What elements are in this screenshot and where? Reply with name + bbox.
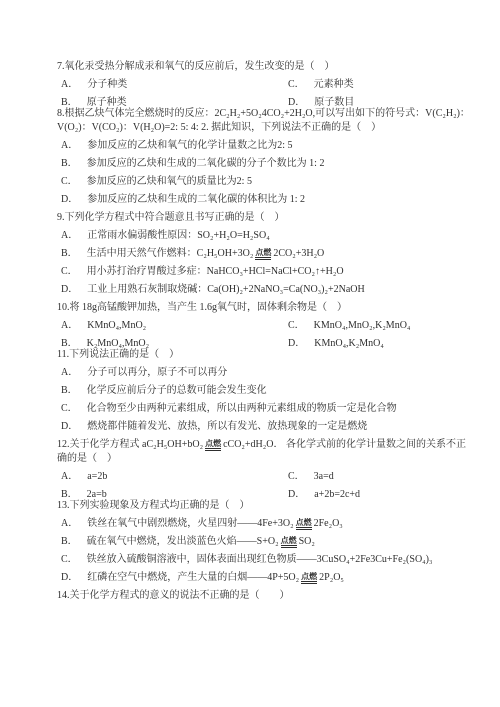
q12-stem-ignition-condition: 点燃	[205, 440, 221, 451]
q13-option-a-label: A．	[61, 518, 78, 529]
q10-stem: 10.将 18g高锰酸钾加热，当产生 1.6g氧气时，固体剩余物是（ ）	[57, 301, 475, 315]
q11-option-b: B．化学反应前后分子的总数可能会发生变化	[57, 384, 475, 398]
q11-option-d-label: D．	[61, 421, 78, 432]
q10-option-c-label: C．	[288, 320, 305, 331]
q9-option-d-text: 工业上用熟石灰制取烧碱：Ca(OH)₂+2NaNO₃=Ca(NO₃)₂+2NaO…	[87, 284, 365, 295]
q11-option-b-text: 化学反应前后分子的总数可能会发生变化	[87, 385, 267, 396]
q11-option-d: D．燃烧都伴随着发光、放热，所以有发光、放热现象的一定是燃烧	[57, 420, 475, 434]
question-14: 14.关于化学方程式的意义的说法不正确的是（ ）	[57, 589, 475, 603]
q11-option-a-text: 分子可以再分，原子不可以再分	[87, 367, 227, 378]
q12-option-c-text: 3a=d	[314, 471, 334, 482]
question-7: 7.氧化汞受热分解成汞和氧气的反应前后，发生改变的是（ ） A．分子种类 C．元…	[57, 60, 475, 110]
q11-option-b-label: B．	[61, 385, 78, 396]
q9-option-a: A．正常雨水偏弱酸性原因：SO₂+H₂O=H₂SO₄	[57, 229, 475, 243]
q10-option-d-text: KMnO₄,K₂MnO₄	[314, 338, 384, 349]
q13-option-d: D．红磷在空气中燃烧，产生大量的白烟——4P+5O₂点燃2P₂O₅	[57, 571, 475, 585]
q9-option-c-text: 用小苏打治疗胃酸过多症：NaHCO₃+HCl=NaCl+CO₂↑+H₂O	[87, 266, 344, 277]
q12-option-a: A．a=2b	[57, 470, 284, 484]
q13-option-d-ignition-condition: 点燃	[301, 573, 317, 584]
q9-stem: 9.下列化学方程式中符合题意且书写正确的是（ ）	[57, 211, 475, 225]
q10-option-a-text: KMnO₄,MnO₂	[87, 320, 146, 331]
exam-document: 7.氧化汞受热分解成汞和氧气的反应前后，发生改变的是（ ） A．分子种类 C．元…	[0, 0, 500, 603]
q12-option-d-label: D．	[288, 489, 305, 500]
q7-stem: 7.氧化汞受热分解成汞和氧气的反应前后，发生改变的是（ ）	[57, 60, 475, 74]
q13-option-c-label: C．	[61, 554, 78, 565]
question-9: 9.下列化学方程式中符合题意且书写正确的是（ ） A．正常雨水偏弱酸性原因：SO…	[57, 211, 475, 297]
q8-option-a-text: 参加反应的乙炔和氧气的化学计量数之比为2: 5	[87, 140, 292, 151]
q13-option-c-text: 铁丝放入硫酸铜溶液中，固体表面出现红色物质——3CuSO₄+2Fe3Cu+Fe₂…	[87, 554, 433, 565]
q9-option-b-formula-post: 2CO₂+3H₂O	[273, 248, 324, 259]
question-8: 8.根据乙炔气体完全燃烧时的反应：2C₂H₂+5O₂4CO₂+2H₂O,可以写出…	[57, 107, 475, 207]
q11-option-a: A．分子可以再分，原子不可以再分	[57, 366, 475, 380]
q9-option-a-label: A．	[61, 230, 78, 241]
q13-option-c: C．铁丝放入硫酸铜溶液中，固体表面出现红色物质——3CuSO₄+2Fe3Cu+F…	[57, 553, 475, 567]
q8-option-b: B．参加反应的乙炔和生成的二氧化碳的分子个数比为 1: 2	[57, 157, 475, 171]
q11-option-a-label: A．	[61, 367, 78, 378]
q7-option-c: C．元素种类	[284, 78, 475, 92]
question-12: 12.关于化学方程式 aC₂H₅OH+bO₂点燃cCO₂+dH₂O． 各化学式前…	[57, 438, 475, 502]
q12-options-row-1: A．a=2b C．3a=d	[57, 470, 475, 484]
q14-stem: 14.关于化学方程式的意义的说法不正确的是（ ）	[57, 589, 475, 603]
q8-option-d: D．参加反应的乙炔和生成的二氧化碳的体积比为 1: 2	[57, 193, 475, 207]
q7-option-a-text: 分子种类	[87, 79, 127, 90]
q8-option-d-text: 参加反应的乙炔和生成的二氧化碳的体积比为 1: 2	[87, 194, 305, 205]
q8-stem: 8.根据乙炔气体完全燃烧时的反应：2C₂H₂+5O₂4CO₂+2H₂O,可以写出…	[57, 107, 475, 135]
q11-option-d-text: 燃烧都伴随着发光、放热，所以有发光、放热现象的一定是燃烧	[87, 421, 367, 432]
q8-option-c-text: 参加反应的乙炔和氧气的质量比为2: 5	[87, 176, 252, 187]
q11-option-c-text: 化合物至少由两种元素组成，所以由两种元素组成的物质一定是化合物	[87, 403, 397, 414]
q12-stem-formula-pre: 12.关于化学方程式 aC₂H₅OH+bO₂	[57, 439, 203, 450]
q13-option-d-formula-post: 2P₂O₅	[319, 572, 344, 583]
q13-option-b-label: B．	[61, 536, 78, 547]
q10-option-a: A．KMnO₄,MnO₂	[57, 319, 284, 333]
q10-option-d: D．KMnO₄,K₂MnO₄	[284, 337, 475, 351]
q13-option-b-ignition-condition: 点燃	[281, 537, 297, 548]
q7-options-row-1: A．分子种类 C．元素种类	[57, 78, 475, 92]
q12-option-a-text: a=2b	[87, 471, 107, 482]
q8-option-b-label: B．	[61, 158, 78, 169]
q7-option-c-text: 元素种类	[314, 79, 354, 90]
q12-option-a-label: A．	[61, 471, 78, 482]
q7-option-a: A．分子种类	[57, 78, 284, 92]
q11-option-c-label: C．	[61, 403, 78, 414]
q13-option-b-formula-pre: 硫在氧气中燃烧，发出淡蓝色火焰——S+O₂	[87, 536, 279, 547]
q8-option-b-text: 参加反应的乙炔和生成的二氧化碳的分子个数比为 1: 2	[87, 158, 325, 169]
q9-option-a-text: 正常雨水偏弱酸性原因：SO₂+H₂O=H₂SO₄	[87, 230, 269, 241]
q12-option-d-text: a+2b=2c+d	[314, 489, 360, 500]
q13-option-b-formula-post: SO₂	[299, 536, 315, 547]
q9-option-c: C．用小苏打治疗胃酸过多症：NaHCO₃+HCl=NaCl+CO₂↑+H₂O	[57, 265, 475, 279]
q8-option-a: A．参加反应的乙炔和氧气的化学计量数之比为2: 5	[57, 139, 475, 153]
q13-option-a-ignition-condition: 点燃	[296, 519, 312, 530]
q11-option-c: C．化合物至少由两种元素组成，所以由两种元素组成的物质一定是化合物	[57, 402, 475, 416]
q9-option-b-ignition-condition: 点燃	[255, 249, 271, 260]
q12-option-d: D．a+2b=2c+d	[284, 488, 475, 502]
q12-option-c-label: C．	[288, 471, 305, 482]
q10-option-a-label: A．	[61, 320, 78, 331]
q13-option-a: A．铁丝在氧气中剧烈燃烧，火星四射——4Fe+3O₂点燃2Fe₂O₃	[57, 517, 475, 531]
q9-option-b-label: B．	[61, 248, 78, 259]
q9-option-d: D．工业上用熟石灰制取烧碱：Ca(OH)₂+2NaNO₃=Ca(NO₃)₂+2N…	[57, 283, 475, 297]
q10-option-c: C．KMnO₄,MnO₂,K₂MnO₄	[284, 319, 475, 333]
q13-option-a-formula-post: 2Fe₂O₃	[314, 518, 343, 529]
q7-option-c-label: C．	[288, 79, 305, 90]
q8-option-c-label: C．	[61, 176, 78, 187]
q10-option-c-text: KMnO₄,MnO₂,K₂MnO₄	[314, 320, 411, 331]
q9-option-b: B．生活中用天然气作燃料：C₂H₅OH+3O₂点燃2CO₂+3H₂O	[57, 247, 475, 261]
q9-option-b-formula-pre: 生活中用天然气作燃料：C₂H₅OH+3O₂	[87, 248, 254, 259]
question-13: 13.下列实验现象及方程式均正确的是（ ） A．铁丝在氧气中剧烈燃烧，火星四射—…	[57, 499, 475, 585]
q13-option-d-formula-pre: 红磷在空气中燃烧，产生大量的白烟——4P+5O₂	[87, 572, 299, 583]
q13-option-d-label: D．	[61, 572, 78, 583]
q10-option-d-label: D．	[288, 338, 305, 349]
question-11: 11.下列说法正确的是（ ） A．分子可以再分，原子不可以再分 B．化学反应前后…	[57, 348, 475, 434]
q8-option-c: C．参加反应的乙炔和氧气的质量比为2: 5	[57, 175, 475, 189]
q9-option-c-label: C．	[61, 266, 78, 277]
q7-option-a-label: A．	[61, 79, 78, 90]
q8-option-d-label: D．	[61, 194, 78, 205]
q12-option-c: C．3a=d	[284, 470, 475, 484]
q10-options-row-1: A．KMnO₄,MnO₂ C．KMnO₄,MnO₂,K₂MnO₄	[57, 319, 475, 333]
q9-option-d-label: D．	[61, 284, 78, 295]
q12-stem: 12.关于化学方程式 aC₂H₅OH+bO₂点燃cCO₂+dH₂O． 各化学式前…	[57, 438, 475, 466]
question-10: 10.将 18g高锰酸钾加热，当产生 1.6g氧气时，固体剩余物是（ ） A．K…	[57, 301, 475, 351]
q8-option-a-label: A．	[61, 140, 78, 151]
q13-option-a-formula-pre: 铁丝在氧气中剧烈燃烧，火星四射——4Fe+3O₂	[87, 518, 293, 529]
q13-option-b: B．硫在氧气中燃烧，发出淡蓝色火焰——S+O₂点燃SO₂	[57, 535, 475, 549]
